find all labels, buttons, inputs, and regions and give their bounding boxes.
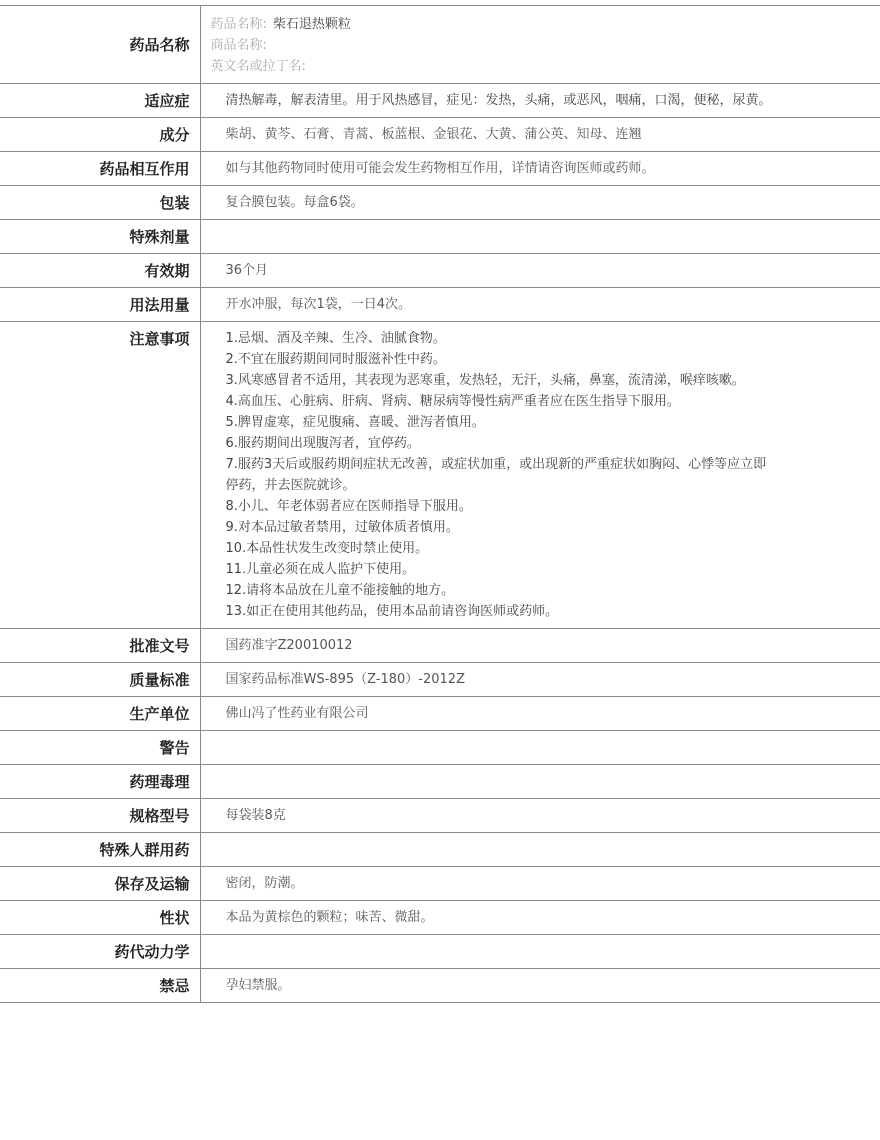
precaution-item: 13.如正在使用其他药品，使用本品前请咨询医师或药师。 — [226, 601, 776, 622]
precaution-item: 12.请将本品放在儿童不能接触的地方。 — [226, 580, 776, 601]
row-value: 如与其他药物同时使用可能会发生药物相互作用，详情请咨询医师或药师。 — [200, 152, 880, 186]
row-label: 药理毒理 — [0, 765, 200, 799]
row-ingredients: 成分 柴胡、黄芩、石膏、青蒿、板蓝根、金银花、大黄、蒲公英、知母、连翘 — [0, 118, 880, 152]
row-value: 佛山冯了性药业有限公司 — [200, 697, 880, 731]
trade-name-line: 商品名称: — [211, 35, 871, 56]
row-value: 每袋装8克 — [200, 799, 880, 833]
row-value: 复合膜包装。每盒6袋。 — [200, 186, 880, 220]
row-packaging: 包装 复合膜包装。每盒6袋。 — [0, 186, 880, 220]
row-label: 特殊人群用药 — [0, 833, 200, 867]
row-shelf-life: 有效期 36个月 — [0, 254, 880, 288]
row-approval-number: 批准文号 国药准字Z20010012 — [0, 629, 880, 663]
precaution-item: 7.服药3天后或服药期间症状无改善，或症状加重，或出现新的严重症状如胸闷、心悸等… — [226, 454, 776, 496]
row-label: 性状 — [0, 901, 200, 935]
row-warning: 警告 — [0, 731, 880, 765]
row-value: 本品为黄棕色的颗粒；味苦、微甜。 — [200, 901, 880, 935]
row-value: 36个月 — [200, 254, 880, 288]
row-value: 开水冲服，每次1袋，一日4次。 — [200, 288, 880, 322]
row-value: 密闭，防潮。 — [200, 867, 880, 901]
drug-spec-table: 药品名称 药品名称:柴石退热颗粒 商品名称: 英文名或拉丁名: 适应症 清热解毒… — [0, 5, 880, 1003]
row-contraindications: 禁忌 孕妇禁服。 — [0, 969, 880, 1003]
precaution-item: 2.不宜在服药期间同时服滋补性中药。 — [226, 349, 776, 370]
row-label: 药代动力学 — [0, 935, 200, 969]
precaution-item: 5.脾胃虚寒，症见腹痛、喜暖、泄泻者慎用。 — [226, 412, 776, 433]
generic-name-value: 柴石退热颗粒 — [273, 17, 351, 32]
row-description: 性状 本品为黄棕色的颗粒；味苦、微甜。 — [0, 901, 880, 935]
row-label: 警告 — [0, 731, 200, 765]
row-value: 柴胡、黄芩、石膏、青蒿、板蓝根、金银花、大黄、蒲公英、知母、连翘 — [200, 118, 880, 152]
row-label: 有效期 — [0, 254, 200, 288]
precaution-item: 4.高血压、心脏病、肝病、肾病、糖尿病等慢性病严重者应在医生指导下服用。 — [226, 391, 776, 412]
row-pharmacokinetics: 药代动力学 — [0, 935, 880, 969]
row-indications: 适应症 清热解毒，解表清里。用于风热感冒，症见：发热，头痛，或恶风，咽痛，口渴，… — [0, 84, 880, 118]
row-storage-transport: 保存及运输 密闭，防潮。 — [0, 867, 880, 901]
precautions-list: 1.忌烟、酒及辛辣、生冷、油腻食物。 2.不宜在服药期间同时服滋补性中药。 3.… — [200, 322, 880, 629]
precaution-item: 6.服药期间出现腹泻者，宜停药。 — [226, 433, 776, 454]
row-drug-name: 药品名称 药品名称:柴石退热颗粒 商品名称: 英文名或拉丁名: — [0, 6, 880, 84]
precaution-item: 1.忌烟、酒及辛辣、生冷、油腻食物。 — [226, 328, 776, 349]
row-label: 特殊剂量 — [0, 220, 200, 254]
row-value — [200, 731, 880, 765]
row-value: 孕妇禁服。 — [200, 969, 880, 1003]
row-value: 清热解毒，解表清里。用于风热感冒，症见：发热，头痛，或恶风，咽痛，口渴，便秘，尿… — [200, 84, 880, 118]
drug-name-values: 药品名称:柴石退热颗粒 商品名称: 英文名或拉丁名: — [200, 6, 880, 84]
generic-name-label: 药品名称: — [211, 17, 267, 32]
precaution-item: 9.对本品过敏者禁用，过敏体质者慎用。 — [226, 517, 776, 538]
trade-name-label: 商品名称: — [211, 38, 267, 53]
english-name-label: 英文名或拉丁名: — [211, 59, 306, 74]
row-value: 国家药品标准WS-895（Z-180）-2012Z — [200, 663, 880, 697]
row-value — [200, 935, 880, 969]
generic-name-line: 药品名称:柴石退热颗粒 — [211, 14, 871, 35]
row-label: 批准文号 — [0, 629, 200, 663]
row-label: 成分 — [0, 118, 200, 152]
row-interactions: 药品相互作用 如与其他药物同时使用可能会发生药物相互作用，详情请咨询医师或药师。 — [0, 152, 880, 186]
row-label: 药品相互作用 — [0, 152, 200, 186]
row-label: 药品名称 — [0, 6, 200, 84]
precaution-item: 11.儿童必须在成人监护下使用。 — [226, 559, 776, 580]
row-value — [200, 765, 880, 799]
row-usage-dosage: 用法用量 开水冲服，每次1袋，一日4次。 — [0, 288, 880, 322]
row-special-dosage: 特殊剂量 — [0, 220, 880, 254]
row-specification: 规格型号 每袋装8克 — [0, 799, 880, 833]
row-precautions: 注意事项 1.忌烟、酒及辛辣、生冷、油腻食物。 2.不宜在服药期间同时服滋补性中… — [0, 322, 880, 629]
row-label: 注意事项 — [0, 322, 200, 629]
row-quality-standard: 质量标准 国家药品标准WS-895（Z-180）-2012Z — [0, 663, 880, 697]
row-label: 包装 — [0, 186, 200, 220]
row-label: 适应症 — [0, 84, 200, 118]
row-value — [200, 220, 880, 254]
row-label: 规格型号 — [0, 799, 200, 833]
precaution-item: 8.小儿、年老体弱者应在医师指导下服用。 — [226, 496, 776, 517]
row-pharmacology-toxicology: 药理毒理 — [0, 765, 880, 799]
row-label: 质量标准 — [0, 663, 200, 697]
row-label: 保存及运输 — [0, 867, 200, 901]
row-value — [200, 833, 880, 867]
english-name-line: 英文名或拉丁名: — [211, 56, 871, 77]
row-label: 禁忌 — [0, 969, 200, 1003]
row-label: 生产单位 — [0, 697, 200, 731]
row-manufacturer: 生产单位 佛山冯了性药业有限公司 — [0, 697, 880, 731]
precaution-item: 3.风寒感冒者不适用，其表现为恶寒重，发热轻，无汗，头痛，鼻塞，流清涕，喉痒咳嗽… — [226, 370, 776, 391]
row-value: 国药准字Z20010012 — [200, 629, 880, 663]
precaution-item: 10.本品性状发生改变时禁止使用。 — [226, 538, 776, 559]
row-label: 用法用量 — [0, 288, 200, 322]
row-special-populations: 特殊人群用药 — [0, 833, 880, 867]
